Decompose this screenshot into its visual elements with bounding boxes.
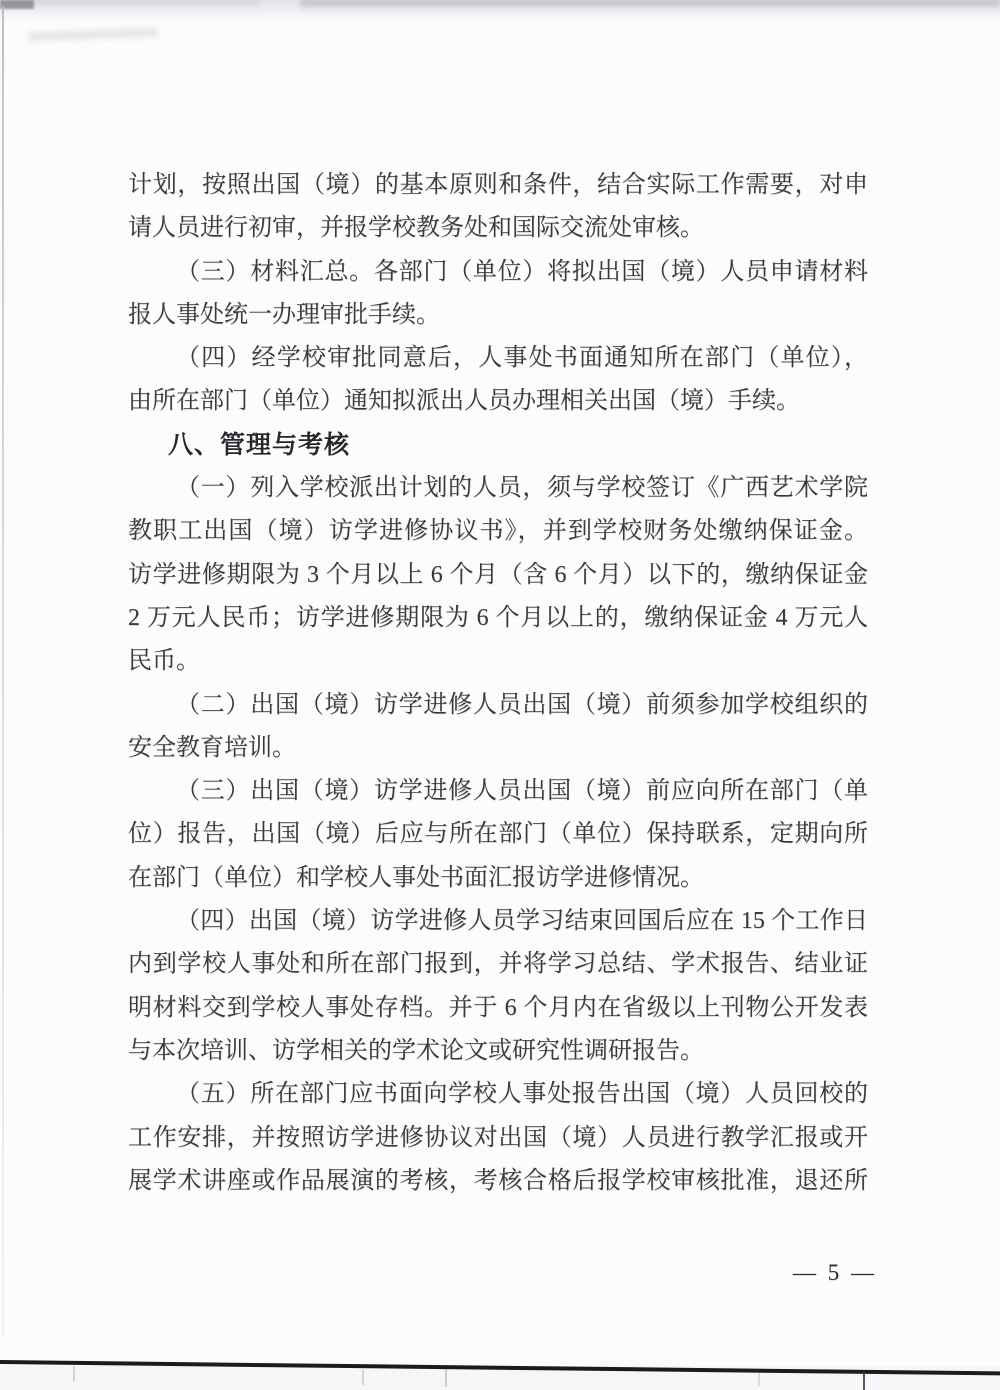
- text-line: 计划，按照出国（境）的基本原则和条件，结合实际工作需要，对申: [128, 164, 868, 207]
- page-number: — 5 —: [770, 1260, 900, 1286]
- text-line: 位）报告，出国（境）后应与所在部门（单位）保持联系，定期向所: [128, 813, 868, 856]
- text-line: 由所在部门（单位）通知拟派出人员办理相关出国（境）手续。: [128, 380, 868, 423]
- scan-tick: [758, 1372, 760, 1386]
- text-line: 访学进修期限为 3 个月以上 6 个月（含 6 个月）以下的，缴纳保证金: [128, 554, 868, 597]
- scan-top-shadow: [300, 0, 1000, 11]
- scan-tick: [445, 1369, 447, 1387]
- scanned-page: 计划，按照出国（境）的基本原则和条件，结合实际工作需要，对申请人员进行初审，并报…: [0, 0, 1000, 1390]
- scan-corner-notch: [0, 0, 34, 9]
- text-line: （三）材料汇总。各部门（单位）将拟出国（境）人员申请材料: [128, 251, 868, 294]
- text-line: 请人员进行初审，并报学校教务处和国际交流处审核。: [128, 207, 868, 250]
- section-heading: 八、管理与考核: [128, 424, 868, 467]
- text-line: （三）出国（境）访学进修人员出国（境）前应向所在部门（单: [128, 770, 868, 813]
- text-line: 展学术讲座或作品展演的考核，考核合格后报学校审核批准，退还所: [128, 1160, 868, 1203]
- text-line: （四）经学校审批同意后，人事处书面通知所在部门（单位），: [128, 337, 868, 380]
- text-line: （二）出国（境）访学进修人员出国（境）前须参加学校组织的: [128, 684, 868, 727]
- scan-left-edge-line: [2, 6, 4, 1336]
- scan-top-shadow-left: [0, 0, 260, 8]
- text-line: 2 万元人民币；访学进修期限为 6 个月以上的，缴纳保证金 4 万元人: [128, 597, 868, 640]
- text-line: 报人事处统一办理审批手续。: [128, 294, 868, 337]
- text-line: （五）所在部门应书面向学校人事处报告出国（境）人员回校的: [128, 1073, 868, 1116]
- scan-tick: [73, 1366, 75, 1382]
- text-line: 与本次培训、访学相关的学术论文或研究性调研报告。: [128, 1030, 868, 1073]
- scan-tick: [863, 1372, 865, 1390]
- text-block: 计划，按照出国（境）的基本原则和条件，结合实际工作需要，对申请人员进行初审，并报…: [128, 164, 868, 1203]
- text-line: 教职工出国（境）访学进修协议书》，并到学校财务处缴纳保证金。: [128, 510, 868, 553]
- text-line: 安全教育培训。: [128, 727, 868, 770]
- text-line: 工作安排，并按照访学进修协议对出国（境）人员进行教学汇报或开: [128, 1117, 868, 1160]
- text-line: 在部门（单位）和学校人事处书面汇报访学进修情况。: [128, 857, 868, 900]
- text-line: 内到学校人事处和所在部门报到，并将学习总结、学术报告、结业证: [128, 943, 868, 986]
- scan-tick: [362, 1369, 364, 1385]
- text-line: （一）列入学校派出计划的人员，须与学校签订《广西艺术学院: [128, 467, 868, 510]
- scan-smudge: [28, 28, 158, 42]
- text-line: 明材料交到学校人事处存档。并于 6 个月内在省级以上刊物公开发表: [128, 987, 868, 1030]
- text-line: （四）出国（境）访学进修人员学习结束回国后应在 15 个工作日: [128, 900, 868, 943]
- text-line: 民币。: [128, 640, 868, 683]
